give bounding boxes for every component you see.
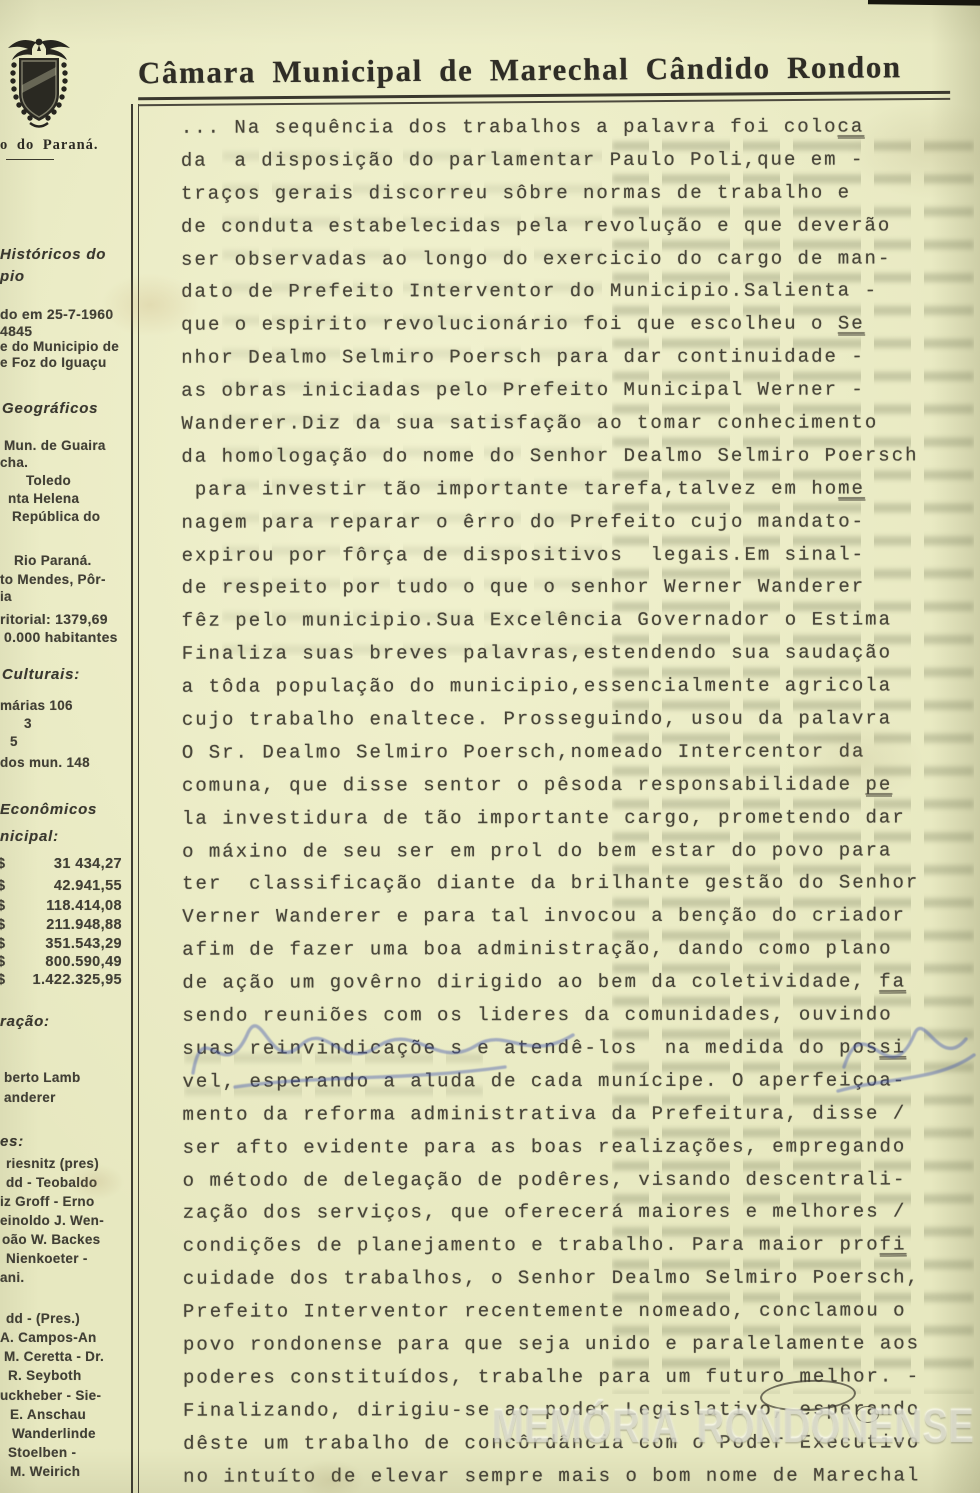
sidebar-item: ração: <box>0 1013 50 1030</box>
typed-line: dato de Prefeito Interventor do Municipi… <box>181 280 971 314</box>
typed-line: ... Na sequência dos trabalhos a palavra… <box>181 115 971 149</box>
sidebar-item: e do Municipio de <box>0 339 119 354</box>
column-divider-rule <box>131 104 139 1493</box>
sidebar-item: márias 106 <box>0 698 73 713</box>
typed-line: para investir tão importante tarefa,talv… <box>181 477 971 511</box>
typed-line: condições de planejamento e trabalho. Pa… <box>183 1234 973 1268</box>
sidebar-item: R. Seyboth <box>8 1368 82 1383</box>
currency-fragment: $ <box>0 856 5 872</box>
sidebar-item: iz Groff - Erno <box>0 1194 95 1209</box>
sidebar-item: $800.590,49 <box>0 954 122 970</box>
sidebar-item: nicipal: <box>0 828 59 845</box>
sidebar-item: $351.543,29 <box>0 936 122 952</box>
sidebar-item: Stoelben - <box>8 1445 76 1460</box>
sidebar-item: berto Lamb <box>4 1070 81 1085</box>
sidebar-item: ani. <box>0 1270 24 1285</box>
typed-line: expirou por fôrça de dispositivos legais… <box>182 543 972 577</box>
typed-line: Prefeito Interventor recentemente nomead… <box>183 1299 973 1333</box>
sidebar-item: 0.000 habitantes <box>4 629 118 645</box>
sidebar-item: República do <box>12 509 100 524</box>
sidebar-item: $1.422.325,95 <box>0 972 122 988</box>
sidebar-item: Econômicos <box>0 801 97 818</box>
sidebar-item: ritorial: 1379,69 <box>0 611 108 627</box>
typed-line: cuidade dos trabalhos, o Senhor Dealmo S… <box>183 1266 973 1300</box>
sidebar-item: cha. <box>0 455 28 470</box>
typed-line: o máxino de seu ser em prol do bem estar… <box>182 839 972 873</box>
sidebar-item: to Mendes, Pôr- <box>0 572 106 587</box>
typed-line: nagem para reparar o êrro do Prefeito cu… <box>181 510 971 544</box>
typed-line: da a disposição do parlamentar Paulo Pol… <box>181 148 971 182</box>
typed-line: zação dos serviços, que oferecerá maiore… <box>183 1201 973 1235</box>
typed-line: traços gerais discorreu sôbre normas de … <box>181 181 971 215</box>
sidebar-item: 5 <box>10 734 18 749</box>
parana-coat-of-arms-icon <box>2 33 76 135</box>
typed-line: comuna, que disse sentor o pêsoda respon… <box>182 773 972 807</box>
typed-line: nhor Dealmo Selmiro Poersch para dar con… <box>181 346 971 380</box>
sidebar-item: nta Helena <box>8 491 79 506</box>
handwritten-signature-left <box>175 975 595 1115</box>
sidebar-item: $211.948,88 <box>0 917 122 933</box>
typewritten-text-block: ... Na sequência dos trabalhos a palavra… <box>181 115 973 1493</box>
sidebar-item: 4845 <box>0 323 32 339</box>
typed-line: ter classificação diante da brilhante ge… <box>182 872 972 906</box>
sidebar-item: E. Anschau <box>10 1407 86 1422</box>
sidebar-item: Geográficos <box>2 400 98 417</box>
typed-line: la investidura de tão importante cargo, … <box>182 806 972 840</box>
sidebar-item: $31 434,27 <box>0 856 122 872</box>
sidebar-item: einoldo J. Wen- <box>0 1213 104 1228</box>
sidebar-item: A. Campos-An <box>0 1330 97 1345</box>
page-title: Câmara Municipal de Marechal Cândido Ron… <box>138 49 953 91</box>
sidebar-item: 3 <box>24 716 32 731</box>
sidebar-item: Nienkoeter - <box>6 1251 88 1266</box>
typed-line: Verner Wanderer e para tal invocou a ben… <box>182 905 972 939</box>
sidebar-item: dd - (Pres.) <box>6 1311 80 1326</box>
scanned-document-page: o do Paraná. Câmara Municipal de Marecha… <box>0 0 980 1493</box>
currency-fragment: $ <box>0 917 5 933</box>
typed-line: que o espirito revolucionário foi que es… <box>181 313 971 347</box>
sidebar-item: dd - Teobaldo <box>6 1175 97 1190</box>
sidebar-item: M. Ceretta - Dr. <box>4 1349 104 1364</box>
sidebar-item: es: <box>0 1133 24 1150</box>
typed-line: a tôda população do municipio,essencialm… <box>182 674 972 708</box>
sidebar-item: Históricos do <box>0 246 106 263</box>
sidebar-item: do em 25-7-1960 <box>0 306 113 322</box>
sidebar-item: Rio Paraná. <box>14 553 92 568</box>
typed-line: de respeito por tudo o que o senhor Wern… <box>182 576 972 610</box>
emblem-caption: o do Paraná. <box>0 137 99 154</box>
typed-line: afim de fazer uma boa administração, dan… <box>182 938 972 972</box>
sidebar-item: uckheber - Sie- <box>0 1388 101 1403</box>
sidebar-item: Wanderlinde <box>12 1426 96 1441</box>
typed-line: Wanderer.Diz da sua satisfação ao tomar … <box>181 411 971 445</box>
currency-fragment: $ <box>0 936 5 952</box>
typed-line: Finaliza suas breves palavras,estendendo… <box>182 642 972 676</box>
caption-underline <box>6 159 54 160</box>
typed-line: as obras iniciadas pelo Prefeito Municip… <box>181 378 971 412</box>
sidebar-item: Mun. de Guaira <box>4 438 106 453</box>
sidebar-item: $118.414,08 <box>0 898 122 914</box>
currency-fragment: $ <box>0 878 5 894</box>
sidebar-item: e Foz do Iguaçu <box>0 355 107 370</box>
sidebar-item: Toledo <box>26 473 71 488</box>
typed-line: da homologação do nome do Senhor Dealmo … <box>181 444 971 478</box>
handwritten-signature-right <box>830 985 978 1110</box>
typed-line: povo rondonense para que seja unido e pa… <box>183 1332 973 1366</box>
sidebar-item: dos mun. 148 <box>0 755 90 770</box>
scan-edge-artifact <box>868 0 980 6</box>
sidebar-item: riesnitz (pres) <box>6 1156 99 1171</box>
archive-watermark: MEMÓRIA RONDONENSE <box>492 1400 974 1455</box>
currency-fragment: $ <box>0 898 5 914</box>
typed-line: no intuíto de elevar sempre mais o bom n… <box>183 1464 973 1493</box>
sidebar-item: anderer <box>4 1090 56 1105</box>
typed-line: ser observadas ao longo do exercicio do … <box>181 247 971 281</box>
typed-line: fêz pelo municipio.Sua Excelência Govern… <box>182 609 972 643</box>
typed-line: de conduta estabelecidas pela revolução … <box>181 214 971 248</box>
currency-fragment: $ <box>0 954 5 970</box>
typed-line: ser afto evidente para as boas realizaçõ… <box>183 1135 973 1169</box>
sidebar-item: pio <box>0 268 25 285</box>
typed-line: O Sr. Dealmo Selmiro Poersch,nomeado Int… <box>182 740 972 774</box>
masthead: Câmara Municipal de Marechal Cândido Ron… <box>138 49 953 106</box>
sidebar-item: Culturais: <box>2 666 80 683</box>
sidebar-item: $42.941,55 <box>0 878 122 894</box>
currency-fragment: $ <box>0 972 5 988</box>
sidebar-item: ia <box>0 589 12 604</box>
masthead-double-rule <box>138 91 950 106</box>
sidebar-item: M. Weirich <box>10 1464 80 1479</box>
sidebar-item: oão W. Backes <box>2 1232 100 1247</box>
typed-line: cujo trabalho enaltece. Prosseguindo, us… <box>182 707 972 741</box>
typed-line: o método de delegação de podêres, visand… <box>183 1168 973 1202</box>
